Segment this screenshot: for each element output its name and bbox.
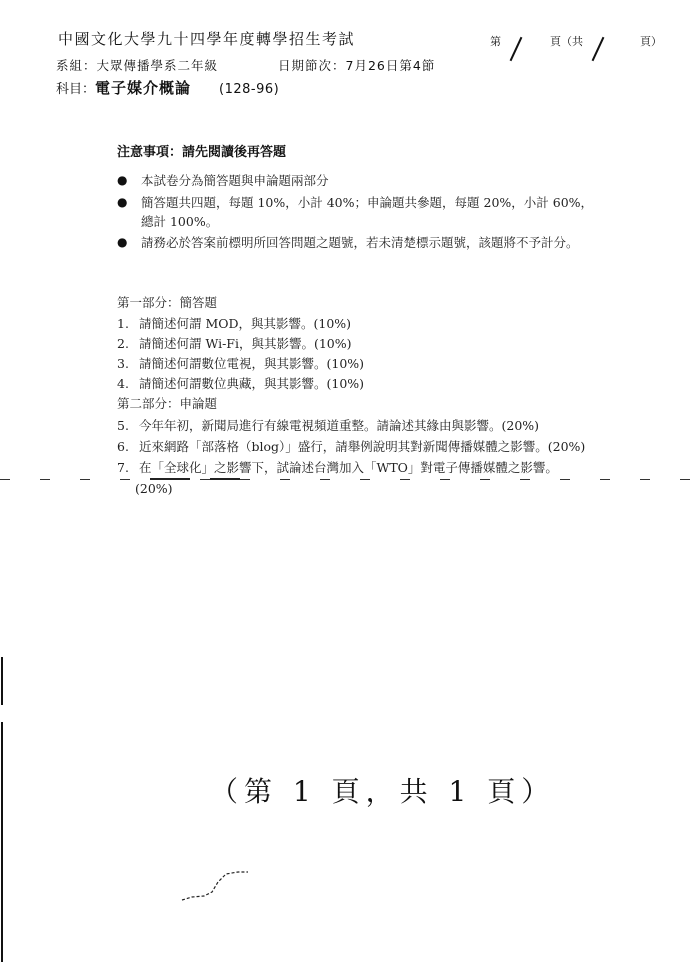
scan-dashed-line xyxy=(0,479,700,480)
section-title-short-answer: 第一部分：簡答題 xyxy=(117,293,217,311)
bullet-icon: ● xyxy=(117,193,127,212)
notice-heading: 注意事項：請先閱讀後再答題 xyxy=(117,141,286,160)
question-item: 5. 今年年初，新聞局進行有線電視頻道重整。請論述其緣由與影響。(20%) xyxy=(117,416,539,435)
footer-page-stamp: （第 1 頁，共 1 頁） xyxy=(210,770,555,810)
question-item: 4. 請簡述何謂數位典藏，與其影響。(10%) xyxy=(117,374,364,393)
question-item: 6. 近來網路「部落格（blog）」盛行，請舉例說明其對新聞傳播媒體之影響。(2… xyxy=(117,437,585,456)
page-mid: 頁（共 xyxy=(550,33,583,49)
scan-margin-line xyxy=(1,722,3,962)
page-suffix: 頁） xyxy=(640,33,662,49)
page-prefix: 第 xyxy=(490,33,501,49)
department-label: 系組： xyxy=(56,58,97,73)
scan-margin-line xyxy=(1,657,3,705)
subject-label: 科目： xyxy=(56,82,95,97)
department-value: 大眾傳播學系二年級 xyxy=(97,58,219,73)
subject-line: 科目：電子媒介概論(128-96) xyxy=(56,77,279,98)
notice-item: ● 簡答題共四題，每題 10%，小計 40%；申論題共參題，每題 20%，小計 … xyxy=(117,193,597,231)
question-item: 2. 請簡述何謂 Wi-Fi，與其影響。(10%) xyxy=(117,334,352,353)
department-line: 系組：大眾傳播學系二年級 xyxy=(56,56,218,74)
date-label: 日期節次： xyxy=(278,58,346,73)
question-item: 1. 請簡述何謂 MOD，與其影響。(10%) xyxy=(117,314,351,333)
notice-item: ● 本試卷分為簡答題與申論題兩部分 xyxy=(117,171,597,190)
subject-code: (128-96) xyxy=(219,82,279,97)
signature-scribble xyxy=(180,866,260,906)
notice-item: ● 請務必於答案前標明所回答問題之題號，若未清楚標示題號，該題將不予計分。 xyxy=(117,233,597,252)
section-title-essay: 第二部分：申論題 xyxy=(117,394,217,412)
date-value: 7月26日第4節 xyxy=(346,58,436,73)
scan-artifact-line xyxy=(150,478,190,480)
question-item: 7. 在「全球化」之影響下，試論述台灣加入「WTO」對電子傳播媒體之影響。 xyxy=(117,458,558,477)
bullet-icon: ● xyxy=(117,171,127,190)
exam-title: 中國文化大學九十四學年度轉學招生考試 xyxy=(58,28,355,49)
scan-artifact-line xyxy=(210,478,240,480)
subject-name: 電子媒介概論 xyxy=(95,79,191,97)
question-continuation: (20%) xyxy=(135,479,173,498)
question-item: 3. 請簡述何謂數位電視，與其影響。(10%) xyxy=(117,354,364,373)
date-line: 日期節次：7月26日第4節 xyxy=(278,56,435,74)
bullet-icon: ● xyxy=(117,233,127,252)
